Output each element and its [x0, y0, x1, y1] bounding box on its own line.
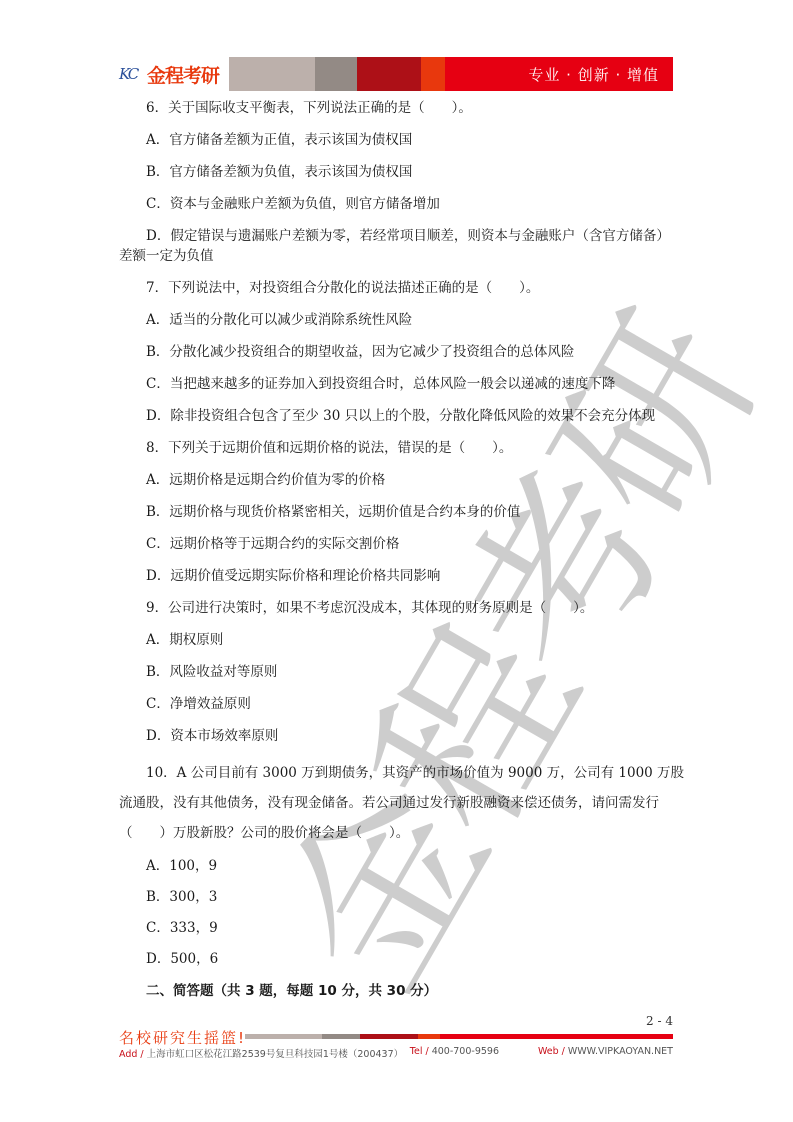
tel-number: 400-700-9596	[429, 1046, 499, 1057]
question-10-stem-line-2: 流通股，没有其他债务，没有现金储备。若公司通过发行新股融资来偿还债务，请问需发行	[119, 793, 659, 813]
question-7-option-d: D．除非投资组合包含了至少 30 只以上的个股，分散化降低风险的效果不会充分体现	[119, 406, 655, 426]
header-slogan: 专业 · 创新 · 增值	[528, 64, 659, 85]
footer-slogan: 名校研究生摇篮!	[119, 1027, 246, 1048]
question-10-stem-line-3: （ ）万股新股？公司的股价将会是（ ）。	[119, 823, 409, 843]
question-8-option-d: D．远期价值受远期实际价格和理论价格共同影响	[119, 566, 440, 586]
question-8-option-a: A．远期价格是远期合约价值为零的价格	[119, 470, 385, 490]
web-label: Web /	[538, 1046, 565, 1057]
question-9-option-d: D．资本市场效率原则	[119, 726, 278, 746]
address-label: Add /	[119, 1049, 144, 1060]
question-7-stem: 7．下列说法中，对投资组合分散化的说法描述正确的是（ ）。	[119, 278, 539, 298]
question-10-option-c: C．333，9	[119, 918, 218, 938]
footer-web: Web / WWW.VIPKAOYAN.NET	[538, 1046, 673, 1060]
banner-slogan-block: 专业 · 创新 · 增值	[445, 57, 673, 91]
footer-bar-segment	[245, 1034, 322, 1039]
logo-text: 金程考研	[147, 61, 219, 88]
question-10-stem-line-1: 10．A 公司目前有 3000 万到期债务，其资产的市场价值为 9000 万，公…	[119, 763, 684, 783]
section-heading: 二、简答题（共 3 题，每题 10 分，共 30 分）	[119, 981, 437, 1001]
question-6-option-a: A．官方储备差额为正值，表示该国为债权国	[119, 130, 412, 150]
footer-bar-segment	[418, 1034, 440, 1039]
banner-segment	[357, 57, 421, 91]
banner-segment	[229, 57, 315, 91]
question-6-option-d-continuation: 差额一定为负值	[119, 246, 214, 266]
question-7-option-a: A．适当的分散化可以减少或消除系统性风险	[119, 310, 412, 330]
footer-bar-segment	[440, 1034, 673, 1039]
question-9-option-c: C．净增效益原则	[119, 694, 251, 714]
question-9-option-a: A．期权原则	[119, 630, 223, 650]
banner-segment	[421, 57, 445, 91]
header-banner: KC 金程考研 专业 · 创新 · 增值	[119, 57, 673, 91]
question-6-option-c: C．资本与金融账户差额为负值，则官方储备增加	[119, 194, 440, 214]
question-8-option-b: B．远期价格与现货价格紧密相关，远期价值是合约本身的价值	[119, 502, 520, 522]
question-8-option-c: C．远期价格等于远期合约的实际交割价格	[119, 534, 399, 554]
question-6-stem: 6．关于国际收支平衡表，下列说法正确的是（ ）。	[119, 98, 472, 118]
web-address: WWW.VIPKAOYAN.NET	[565, 1046, 673, 1057]
question-9-option-b: B．风险收益对等原则	[119, 662, 277, 682]
footer-contact-info: Add / 上海市虹口区松花江路2539号复旦科技园1号楼（200437） Te…	[119, 1046, 673, 1060]
question-7-option-c: C．当把越来越多的证券加入到投资组合时，总体风险一般会以递减的速度下降	[119, 374, 615, 394]
logo-mark-icon: KC	[119, 67, 145, 82]
question-7-option-b: B．分散化减少投资组合的期望收益，因为它减少了投资组合的总体风险	[119, 342, 574, 362]
banner-segment	[315, 57, 357, 91]
question-10-option-a: A．100，9	[119, 856, 217, 876]
question-6-option-b: B．官方储备差额为负值，表示该国为债权国	[119, 162, 412, 182]
logo: KC 金程考研	[119, 57, 229, 91]
question-10-option-d: D．500，6	[119, 949, 218, 969]
question-6-option-d: D．假定错误与遗漏账户差额为零，若经常项目顺差，则资本与金融账户（含官方储备）	[119, 226, 670, 246]
footer-address: Add / 上海市虹口区松花江路2539号复旦科技园1号楼（200437）	[119, 1046, 404, 1060]
footer-bar-segment	[322, 1034, 360, 1039]
page-number: 2 - 4	[646, 1014, 673, 1028]
question-8-stem: 8．下列关于远期价值和远期价格的说法，错误的是（ ）。	[119, 438, 512, 458]
footer-color-bar	[245, 1034, 673, 1039]
address-text: 上海市虹口区松花江路2539号复旦科技园1号楼（200437）	[144, 1049, 404, 1060]
question-9-stem: 9．公司进行决策时，如果不考虑沉没成本，其体现的财务原则是（ ）。	[119, 598, 593, 618]
footer-bar-segment	[360, 1034, 418, 1039]
watermark: 金程考研	[207, 285, 793, 1028]
question-10-option-b: B．300，3	[119, 887, 217, 907]
footer-tel: Tel / 400-700-9596	[404, 1046, 538, 1060]
tel-label: Tel /	[410, 1046, 429, 1057]
